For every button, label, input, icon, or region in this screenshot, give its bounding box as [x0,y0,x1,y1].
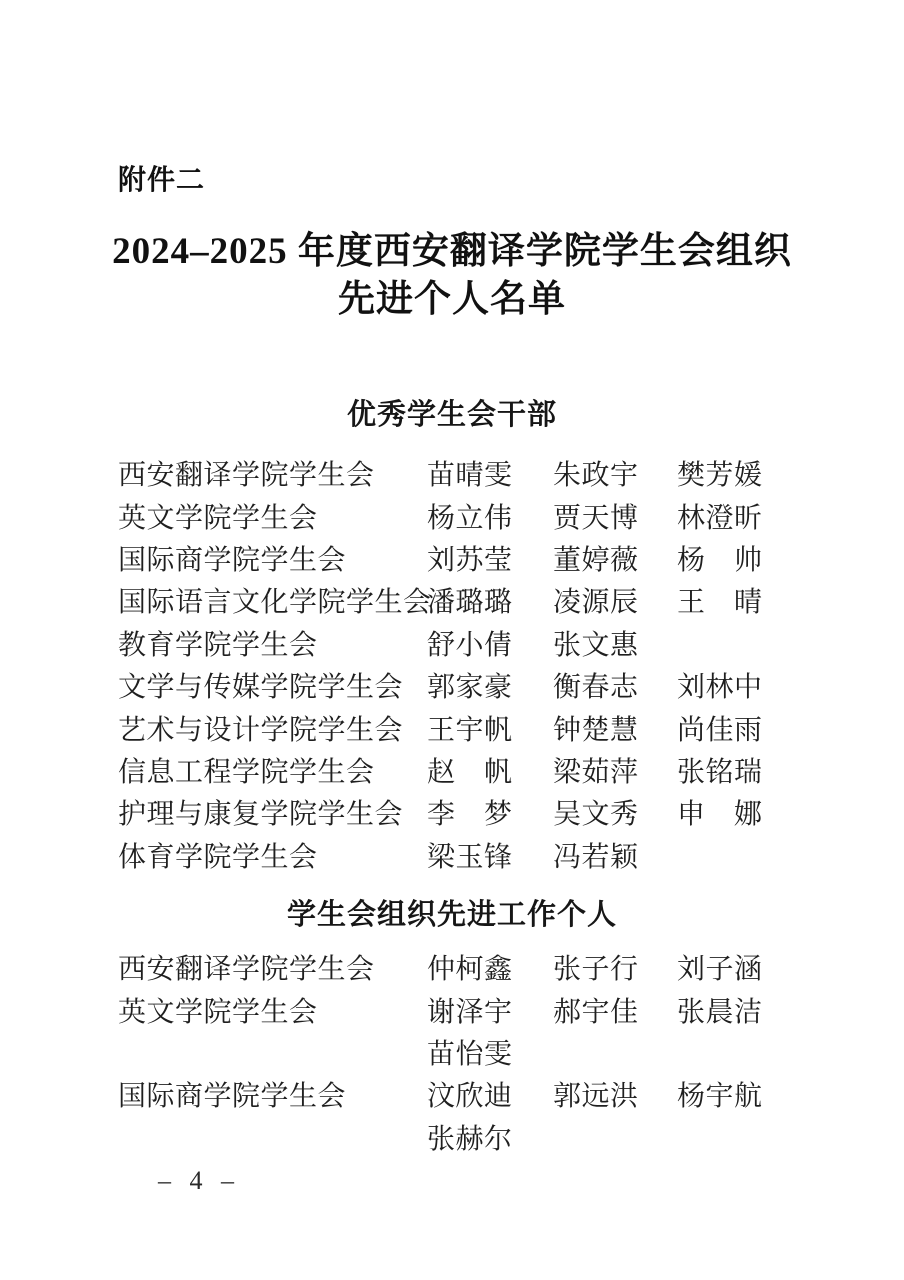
college-name: 护理与康复学院学生会 [118,792,427,832]
person-name: 杨 帅 [677,538,798,578]
attachment-label: 附件二 [118,158,205,198]
person-name: 冯若颖 [553,835,677,875]
person-name: 凌源辰 [553,580,677,620]
person-name: 郭远洪 [553,1074,677,1114]
person-name: 林澄昕 [677,496,798,536]
person-name: 刘林中 [677,665,798,705]
person-name: 张赫尔 [427,1117,553,1157]
person-name: 衡春志 [553,665,677,705]
section2-heading: 学生会组织先进工作个人 [0,892,904,933]
person-name: 贾天博 [553,496,677,536]
table-row: 国际商学院学生会 汶欣迪 郭远洪 杨宇航 [118,1073,798,1115]
college-name: 英文学院学生会 [118,496,427,536]
person-name: 苗怡雯 [427,1032,553,1072]
table-row: 信息工程学院学生会 赵 帆 梁茹萍 张铭瑞 [118,749,798,791]
section1-roster: 西安翻译学院学生会 苗晴雯 朱政宇 樊芳媛 英文学院学生会 杨立伟 贾天博 林澄… [118,452,798,876]
document-title-line1: 2024–2025 年度西安翻译学院学生会组织 [0,228,904,276]
person-name: 苗晴雯 [427,453,553,493]
person-name: 刘苏莹 [427,538,553,578]
person-name: 谢泽宇 [427,990,553,1030]
table-row: 西安翻译学院学生会 仲柯鑫 张子行 刘子涵 [118,946,798,988]
person-name: 杨立伟 [427,496,553,536]
person-name: 舒小倩 [427,623,553,663]
person-name: 董婷薇 [553,538,677,578]
document-title: 2024–2025 年度西安翻译学院学生会组织 先进个人名单 [0,228,904,324]
person-name: 王 晴 [677,580,798,620]
table-row: 体育学院学生会 梁玉锋 冯若颖 [118,834,798,876]
person-name: 赵 帆 [427,750,553,790]
table-row: 国际商学院学生会 刘苏莹 董婷薇 杨 帅 [118,537,798,579]
college-name: 艺术与设计学院学生会 [118,708,427,748]
college-name: 西安翻译学院学生会 [118,947,427,987]
college-name: 信息工程学院学生会 [118,750,427,790]
college-name: 国际商学院学生会 [118,538,427,578]
college-name: 国际商学院学生会 [118,1074,427,1114]
person-name: 张晨洁 [677,990,798,1030]
college-name: 英文学院学生会 [118,990,427,1030]
table-row: 英文学院学生会 谢泽宇 郝宇佳 张晨洁 [118,988,798,1030]
table-row: 英文学院学生会 杨立伟 贾天博 林澄昕 [118,494,798,536]
college-name: 体育学院学生会 [118,835,427,875]
person-name: 尚佳雨 [677,708,798,748]
document-title-line2: 先进个人名单 [0,276,904,324]
person-name: 王宇帆 [427,708,553,748]
person-name: 梁玉锋 [427,835,553,875]
table-row-continuation: 苗怡雯 [118,1031,798,1073]
person-name: 郝宇佳 [553,990,677,1030]
person-name: 张铭瑞 [677,750,798,790]
table-row: 文学与传媒学院学生会 郭家豪 衡春志 刘林中 [118,664,798,706]
person-name: 潘璐璐 [427,580,553,620]
section2-roster: 西安翻译学院学生会 仲柯鑫 张子行 刘子涵 英文学院学生会 谢泽宇 郝宇佳 张晨… [118,946,798,1158]
person-name: 朱政宇 [553,453,677,493]
document-page: 附件二 2024–2025 年度西安翻译学院学生会组织 先进个人名单 优秀学生会… [0,0,904,1280]
person-name: 仲柯鑫 [427,947,553,987]
person-name: 刘子涵 [677,947,798,987]
college-name: 国际语言文化学院学生会 [118,580,427,620]
table-row: 西安翻译学院学生会 苗晴雯 朱政宇 樊芳媛 [118,452,798,494]
person-name: 吴文秀 [553,792,677,832]
person-name: 汶欣迪 [427,1074,553,1114]
table-row-continuation: 张赫尔 [118,1116,798,1158]
table-row: 艺术与设计学院学生会 王宇帆 钟楚慧 尚佳雨 [118,706,798,748]
college-name: 西安翻译学院学生会 [118,453,427,493]
page-number: – 4 – [158,1166,240,1196]
person-name: 张文惠 [553,623,677,663]
person-name: 梁茹萍 [553,750,677,790]
person-name: 郭家豪 [427,665,553,705]
person-name: 李 梦 [427,792,553,832]
person-name: 杨宇航 [677,1074,798,1114]
college-name: 教育学院学生会 [118,623,427,663]
table-row: 护理与康复学院学生会 李 梦 吴文秀 申 娜 [118,791,798,833]
section1-heading: 优秀学生会干部 [0,392,904,433]
college-name: 文学与传媒学院学生会 [118,665,427,705]
person-name: 樊芳媛 [677,453,798,493]
person-name: 张子行 [553,947,677,987]
table-row: 国际语言文化学院学生会 潘璐璐 凌源辰 王 晴 [118,579,798,621]
person-name: 钟楚慧 [553,708,677,748]
table-row: 教育学院学生会 舒小倩 张文惠 [118,622,798,664]
person-name: 申 娜 [677,792,798,832]
